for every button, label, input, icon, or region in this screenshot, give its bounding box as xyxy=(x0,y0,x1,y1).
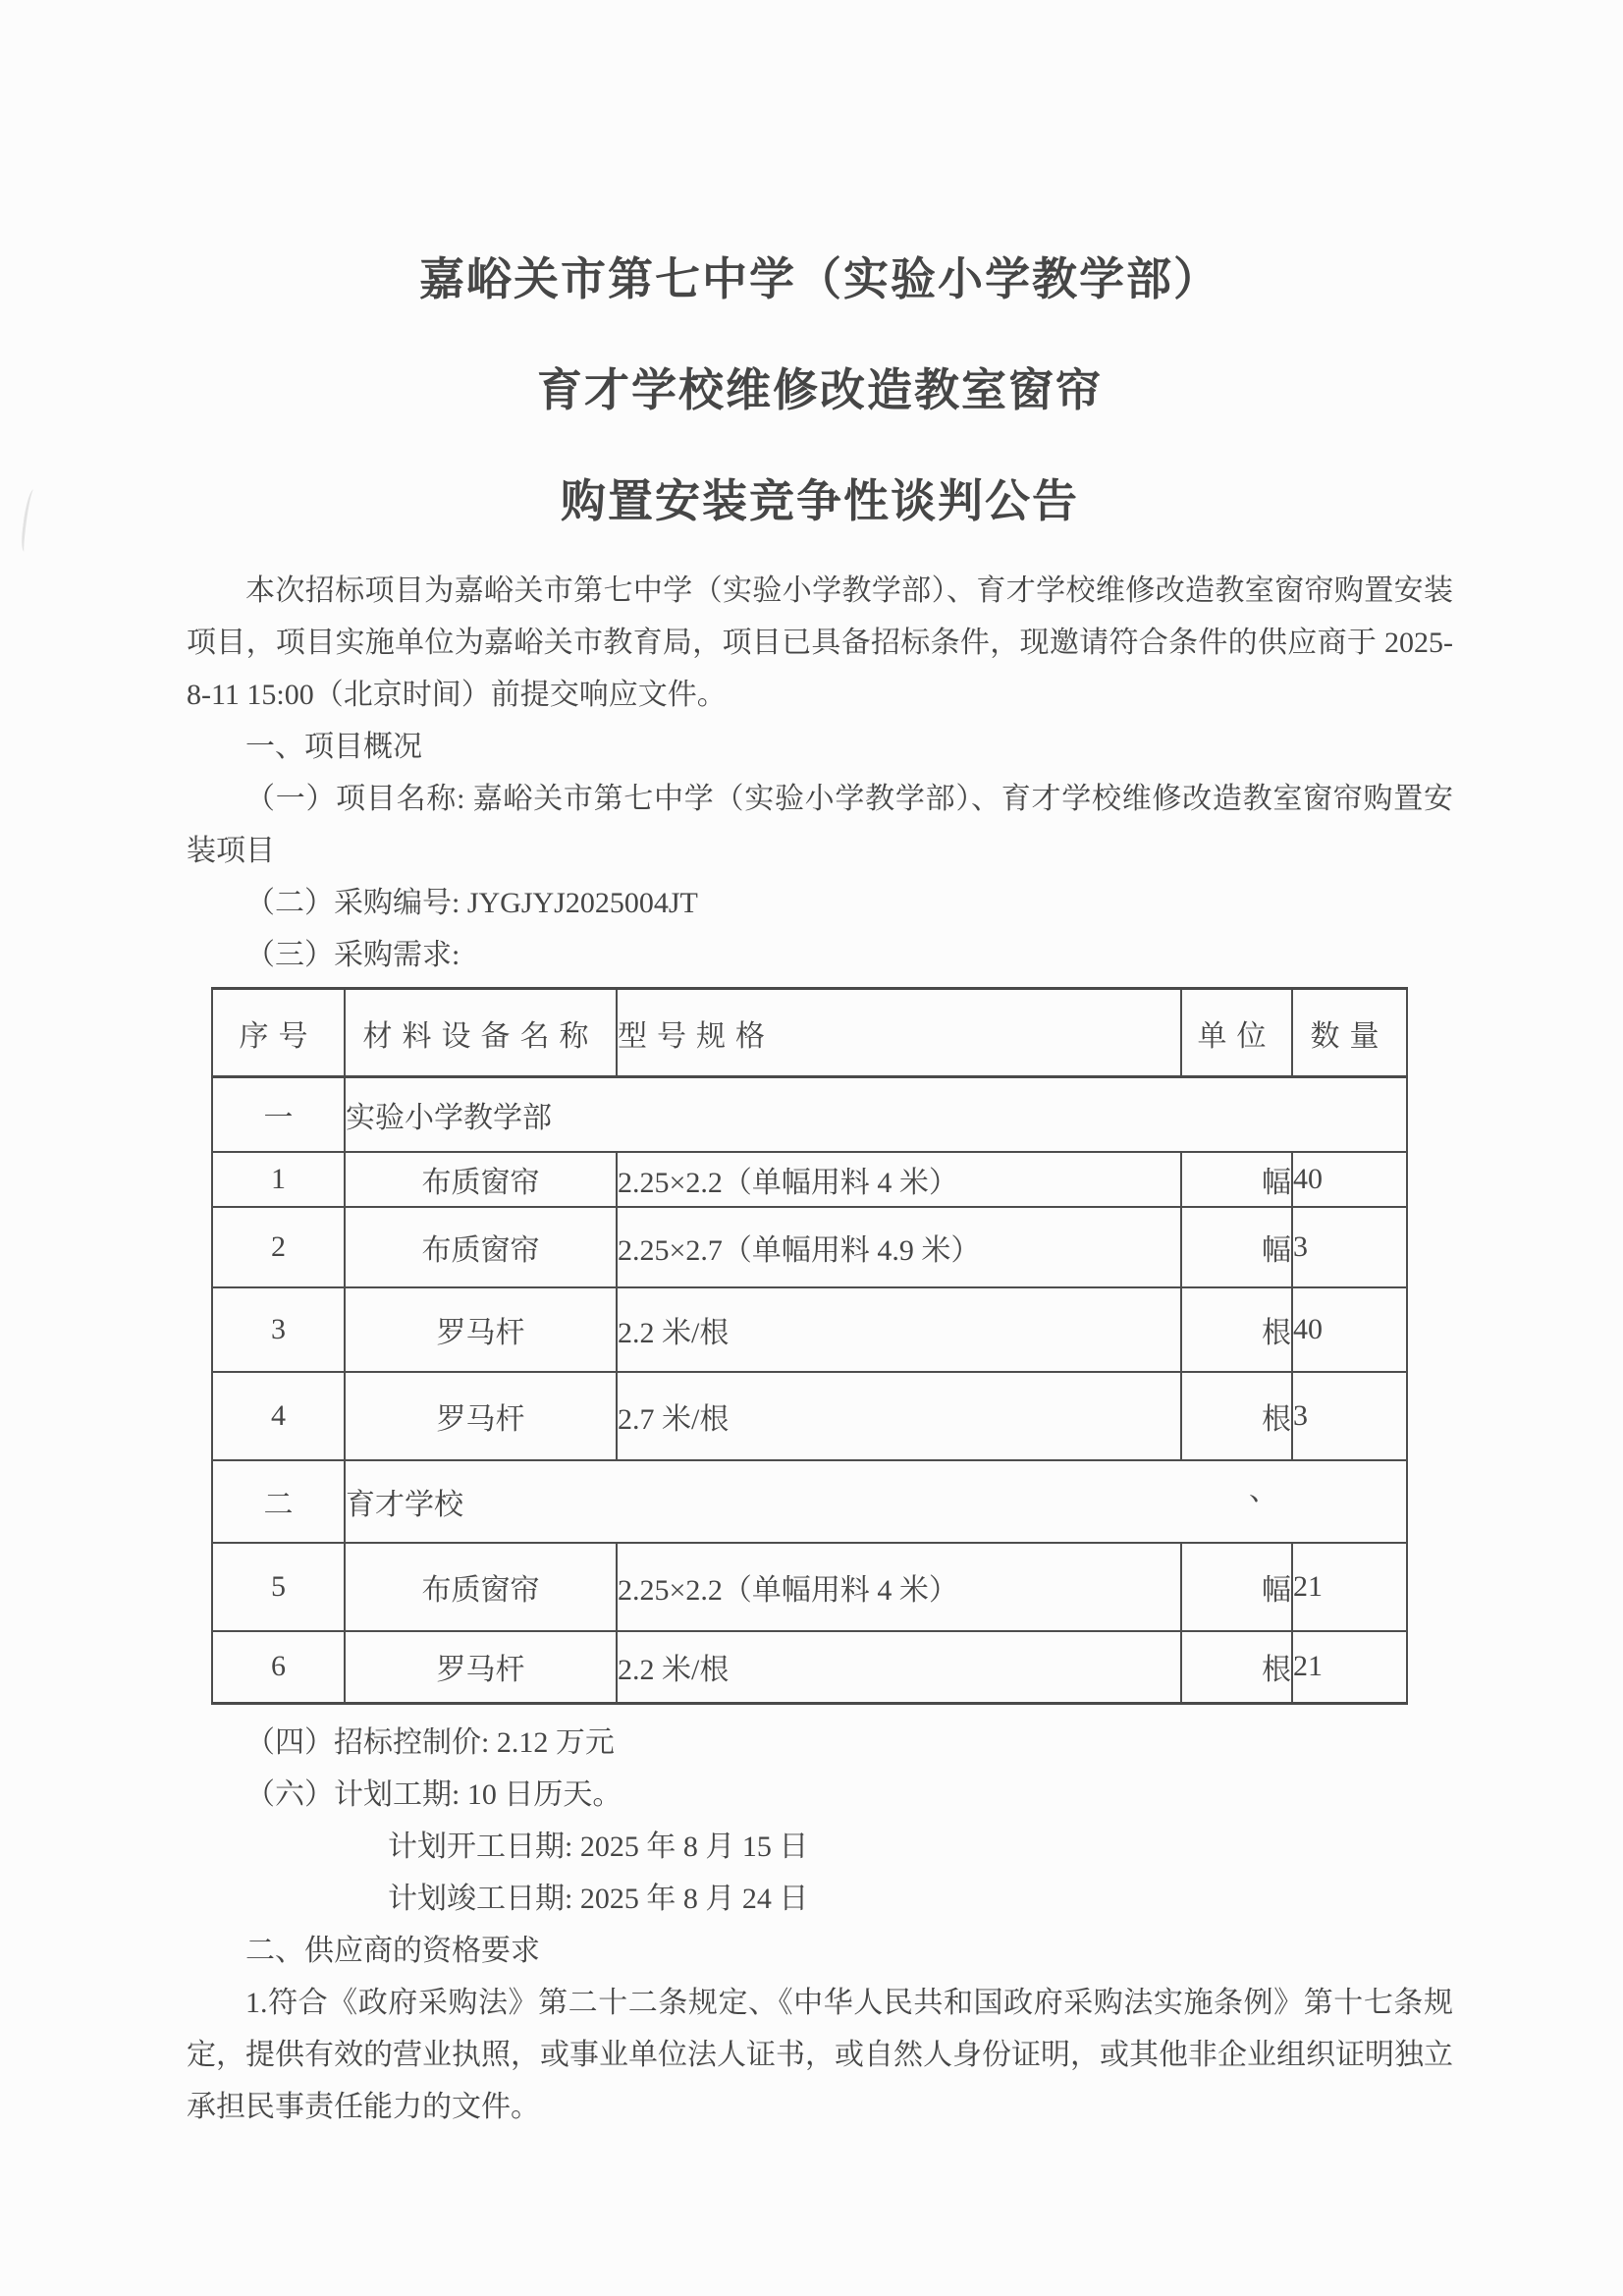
cell-name: 布质窗帘 xyxy=(345,1207,617,1287)
end-date-line: 计划竣工日期: 2025 年 8 月 24 日 xyxy=(187,1873,1453,1925)
table-row: 6 罗马杆 2.2 米/根 根 21 xyxy=(212,1631,1407,1704)
control-price-item: （四）招标控制价: 2.12 万元 xyxy=(187,1717,1453,1769)
procurement-table: 序号 材料设备名称 型号规格 单位 数量 一 实验小学教学部 1 布质窗帘 2.… xyxy=(211,987,1408,1705)
header-unit: 单位 xyxy=(1181,989,1292,1077)
group-index: 二 xyxy=(212,1460,345,1543)
cell-qty: 3 xyxy=(1292,1372,1407,1460)
cell-qty: 40 xyxy=(1292,1287,1407,1372)
cell-qty: 3 xyxy=(1292,1207,1407,1287)
stray-ink-mark: 、 xyxy=(1249,1465,1278,1508)
cell-qty: 40 xyxy=(1292,1152,1407,1207)
cell-name: 布质窗帘 xyxy=(345,1152,617,1207)
cell-serial: 4 xyxy=(212,1372,345,1460)
group-name: 育才学校 、 xyxy=(345,1460,1407,1543)
schedule-item: （六）计划工期: 10 日历天。 xyxy=(187,1769,1453,1821)
document-page: 嘉峪关市第七中学（实验小学教学部） 育才学校维修改造教室窗帘 购置安装竞争性谈判… xyxy=(0,0,1623,2296)
project-name-item: （一）项目名称: 嘉峪关市第七中学（实验小学教学部）、育才学校维修改造教室窗帘购… xyxy=(187,773,1453,877)
after-table-section: （四）招标控制价: 2.12 万元 （六）计划工期: 10 日历天。 计划开工日… xyxy=(187,1717,1453,2133)
cell-name: 罗马杆 xyxy=(345,1372,617,1460)
group-row-1: 一 实验小学教学部 xyxy=(212,1077,1407,1152)
group-row-2: 二 育才学校 、 xyxy=(212,1460,1407,1543)
cell-serial: 5 xyxy=(212,1543,345,1631)
cell-unit: 幅 xyxy=(1181,1543,1292,1631)
cell-qty: 21 xyxy=(1292,1631,1407,1704)
cell-spec: 2.25×2.2（单幅用料 4 米） xyxy=(617,1543,1181,1631)
table-row: 1 布质窗帘 2.25×2.2（单幅用料 4 米） 幅 40 xyxy=(212,1152,1407,1207)
table-row: 4 罗马杆 2.7 米/根 根 3 xyxy=(212,1372,1407,1460)
cell-unit: 根 xyxy=(1181,1372,1292,1460)
cell-serial: 3 xyxy=(212,1287,345,1372)
qualification-item: 1.符合《政府采购法》第二十二条规定、《中华人民共和国政府采购法实施条例》第十七… xyxy=(187,1977,1453,2133)
header-serial: 序号 xyxy=(212,989,345,1077)
cell-name: 罗马杆 xyxy=(345,1287,617,1372)
group-name: 实验小学教学部 xyxy=(345,1077,1407,1152)
table-row: 5 布质窗帘 2.25×2.2（单幅用料 4 米） 幅 21 xyxy=(212,1543,1407,1631)
procurement-demand-item: （三）采购需求: xyxy=(187,929,1453,981)
header-spec: 型号规格 xyxy=(617,989,1181,1077)
cell-unit: 根 xyxy=(1181,1631,1292,1704)
cell-spec: 2.7 米/根 xyxy=(617,1372,1181,1460)
cell-name: 布质窗帘 xyxy=(345,1543,617,1631)
title-line-2: 育才学校维修改造教室窗帘 xyxy=(187,335,1453,446)
cell-serial: 1 xyxy=(212,1152,345,1207)
procurement-number-item: （二）采购编号: JYGJYJ2025004JT xyxy=(187,877,1453,929)
group-name-text: 育才学校 xyxy=(346,1489,463,1521)
document-title: 嘉峪关市第七中学（实验小学教学部） 育才学校维修改造教室窗帘 购置安装竞争性谈判… xyxy=(187,224,1453,557)
cell-spec: 2.2 米/根 xyxy=(617,1287,1181,1372)
title-line-3: 购置安装竞争性谈判公告 xyxy=(187,446,1453,557)
cell-name: 罗马杆 xyxy=(345,1631,617,1704)
intro-paragraph: 本次招标项目为嘉峪关市第七中学（实验小学教学部）、育才学校维修改造教室窗帘购置安… xyxy=(187,565,1453,721)
cell-spec: 2.2 米/根 xyxy=(617,1631,1181,1704)
cell-unit: 幅 xyxy=(1181,1152,1292,1207)
group-index: 一 xyxy=(212,1077,345,1152)
header-qty: 数量 xyxy=(1292,989,1407,1077)
cell-spec: 2.25×2.2（单幅用料 4 米） xyxy=(617,1152,1181,1207)
cell-unit: 根 xyxy=(1181,1287,1292,1372)
cell-unit: 幅 xyxy=(1181,1207,1292,1287)
section1-heading: 一、项目概况 xyxy=(187,721,1453,773)
table-header-row: 序号 材料设备名称 型号规格 单位 数量 xyxy=(212,989,1407,1077)
cell-spec: 2.25×2.7（单幅用料 4.9 米） xyxy=(617,1207,1181,1287)
cell-serial: 2 xyxy=(212,1207,345,1287)
table-row: 2 布质窗帘 2.25×2.7（单幅用料 4.9 米） 幅 3 xyxy=(212,1207,1407,1287)
cell-serial: 6 xyxy=(212,1631,345,1704)
start-date-line: 计划开工日期: 2025 年 8 月 15 日 xyxy=(187,1821,1453,1873)
section2-heading: 二、供应商的资格要求 xyxy=(187,1925,1453,1977)
header-name: 材料设备名称 xyxy=(345,989,617,1077)
cell-qty: 21 xyxy=(1292,1543,1407,1631)
title-line-1: 嘉峪关市第七中学（实验小学教学部） xyxy=(187,224,1453,335)
scan-artifact xyxy=(20,489,38,553)
table-row: 3 罗马杆 2.2 米/根 根 40 xyxy=(212,1287,1407,1372)
